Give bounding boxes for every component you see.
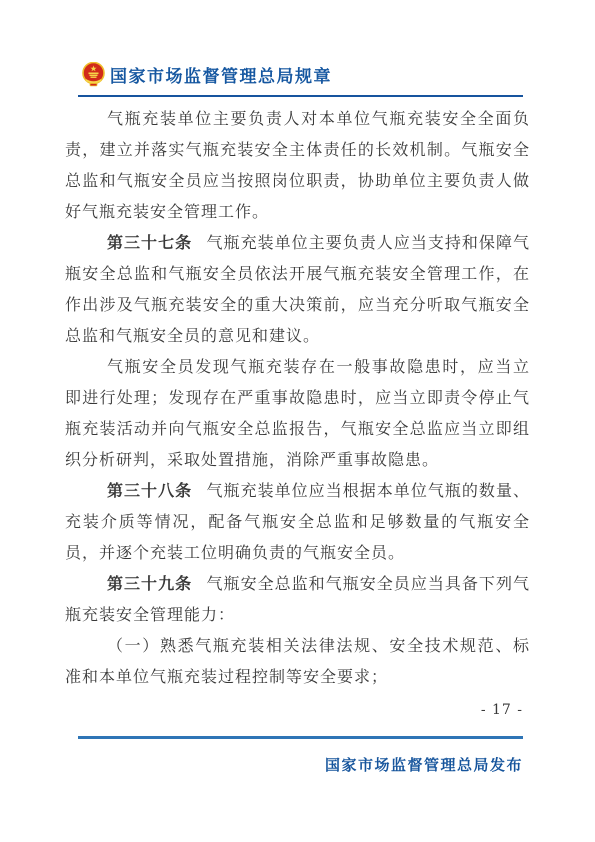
footer-publisher: 国家市场监督管理总局发布 — [78, 754, 523, 775]
paragraph-article-38: 第三十八条气瓶充装单位应当根据本单位气瓶的数量、充装介质等情况，配备气瓶安全总监… — [65, 475, 530, 568]
page-header: 国家市场监督管理总局规章 — [82, 60, 527, 88]
article-number: 第三十七条 — [107, 233, 192, 252]
paragraph-text: 气瓶充装单位主要负责人对本单位气瓶充装安全全面负责，建立并落实气瓶充装安全主体责… — [65, 109, 530, 221]
paragraph-text: 气瓶安全员发现气瓶充装存在一般事故隐患时，应当立即进行处理；发现存在严重事故隐患… — [65, 357, 530, 469]
document-body: 气瓶充装单位主要负责人对本单位气瓶充装安全全面负责，建立并落实气瓶充装安全主体责… — [65, 103, 530, 692]
header-rule — [78, 95, 523, 97]
page-number: - 17 - — [78, 702, 523, 718]
paragraph-item-1: （一）熟悉气瓶充装相关法律法规、安全技术规范、标准和本单位气瓶充装过程控制等安全… — [65, 630, 530, 692]
footer-rule — [78, 736, 523, 739]
paragraph-article-39: 第三十九条气瓶安全总监和气瓶安全员应当具备下列气瓶充装安全管理能力： — [65, 568, 530, 630]
article-number: 第三十九条 — [107, 574, 192, 593]
national-emblem-icon — [82, 62, 105, 87]
paragraph: 气瓶充装单位主要负责人对本单位气瓶充装安全全面负责，建立并落实气瓶充装安全主体责… — [65, 103, 530, 227]
paragraph-text: （一）熟悉气瓶充装相关法律法规、安全技术规范、标准和本单位气瓶充装过程控制等安全… — [65, 636, 530, 686]
article-number: 第三十八条 — [107, 481, 192, 500]
document-page: 国家市场监督管理总局规章 气瓶充装单位主要负责人对本单位气瓶充装安全全面负责，建… — [0, 0, 595, 842]
paragraph-article-37: 第三十七条气瓶充装单位主要负责人应当支持和保障气瓶安全总监和气瓶安全员依法开展气… — [65, 227, 530, 351]
header-title: 国家市场监督管理总局规章 — [110, 62, 332, 87]
paragraph: 气瓶安全员发现气瓶充装存在一般事故隐患时，应当立即进行处理；发现存在严重事故隐患… — [65, 351, 530, 475]
